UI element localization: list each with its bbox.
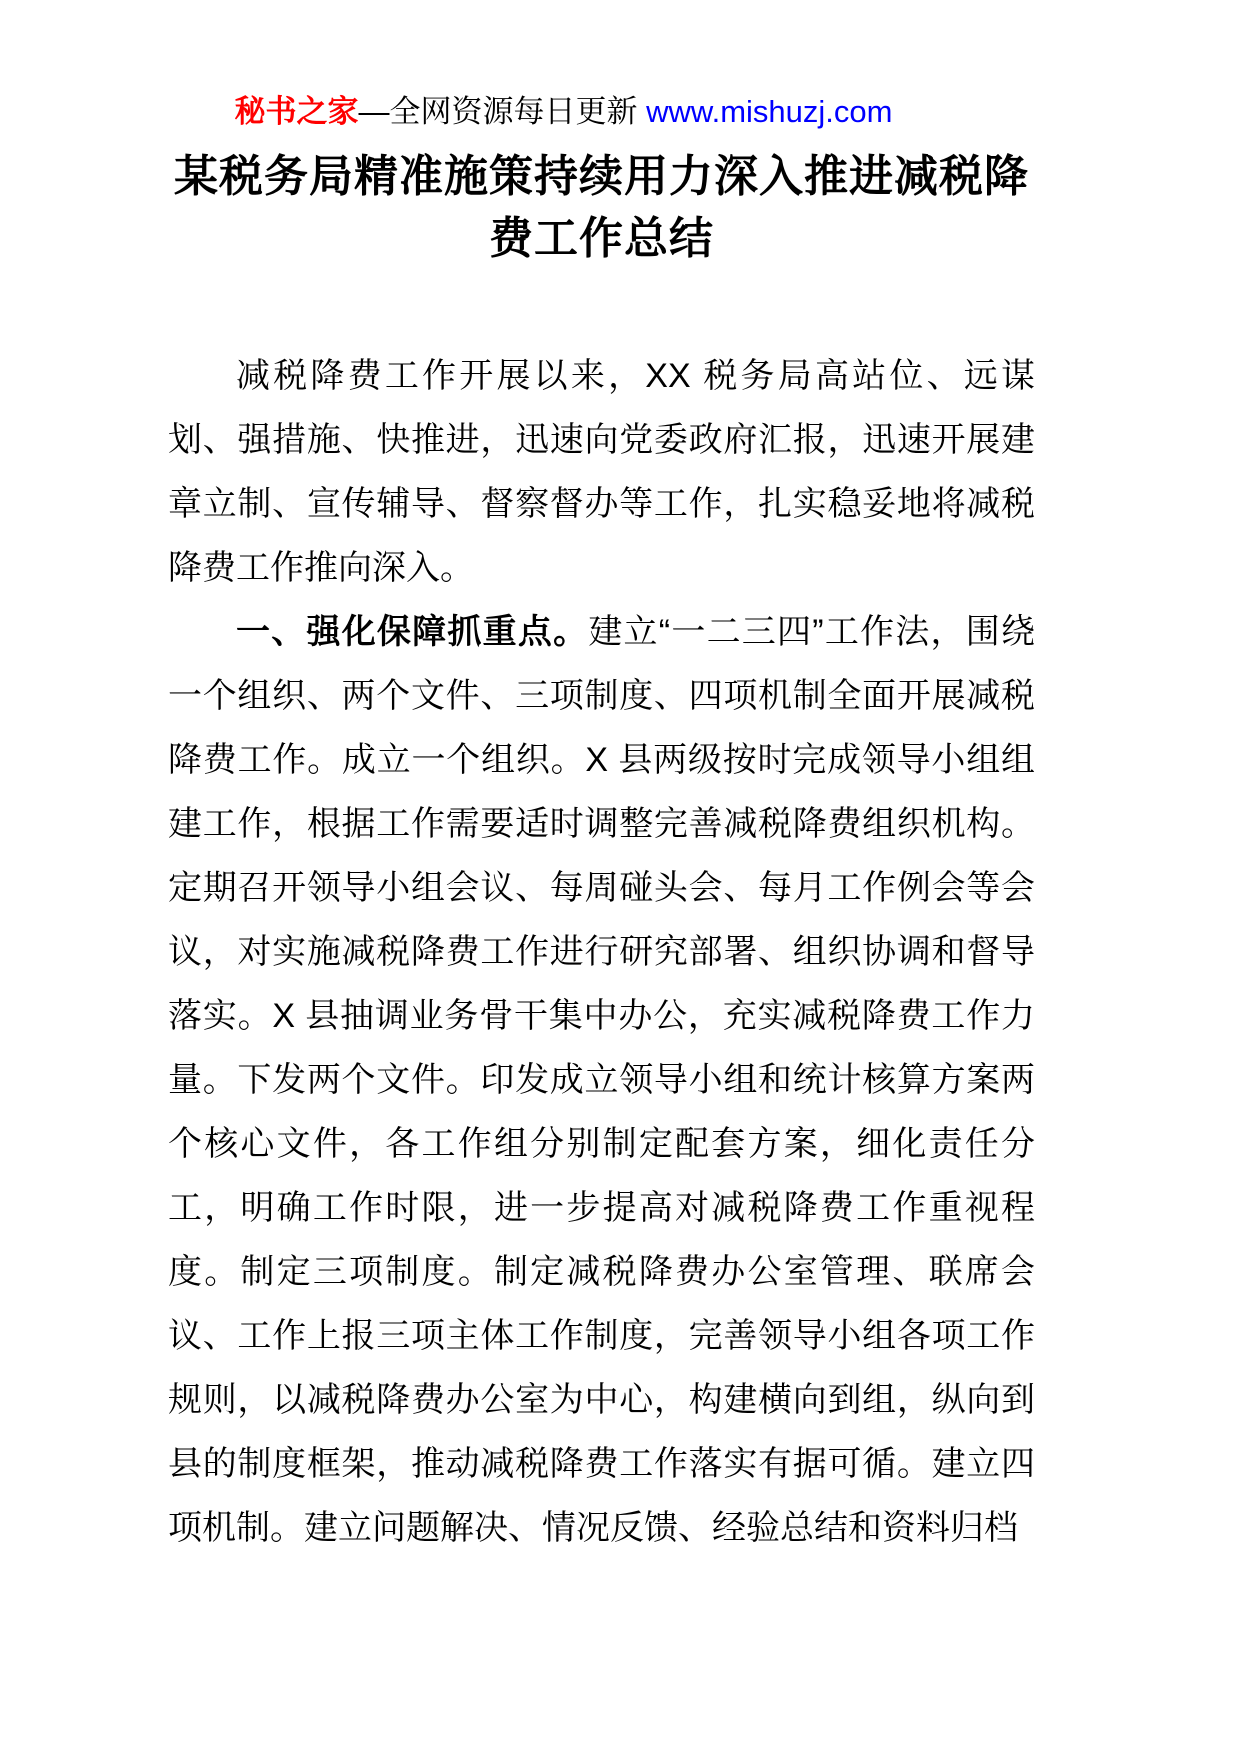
document-body: 减税降费工作开展以来，XX 税务局高站位、远谋划、强措施、快推进，迅速向党委政府… bbox=[168, 344, 1035, 1560]
section-one-heading: 一、强化保障抓重点。 bbox=[236, 613, 588, 651]
paragraph-intro: 减税降费工作开展以来，XX 税务局高站位、远谋划、强措施、快推进，迅速向党委政府… bbox=[168, 344, 1035, 600]
header-tagline: —全网资源每日更新 bbox=[359, 94, 647, 129]
paragraph-section-one: 一、强化保障抓重点。建立“一二三四”工作法，围绕一个组织、两个文件、三项制度、四… bbox=[168, 600, 1035, 1560]
site-url-link[interactable]: www.mishuzj.com bbox=[646, 94, 892, 129]
watermark-header: 秘书之家—全网资源每日更新 www.mishuzj.com bbox=[130, 92, 997, 132]
paragraph-intro-text: 减税降费工作开展以来，XX 税务局高站位、远谋划、强措施、快推进，迅速向党委政府… bbox=[168, 357, 1035, 587]
document-page: 秘书之家—全网资源每日更新 www.mishuzj.com 某税务局精准施策持续… bbox=[0, 0, 1240, 1754]
document-title: 某税务局精准施策持续用力深入推进减税降费工作总结 bbox=[168, 146, 1035, 270]
section-one-text: 建立“一二三四”工作法，围绕一个组织、两个文件、三项制度、四项机制全面开展减税降… bbox=[168, 613, 1035, 1547]
site-name: 秘书之家 bbox=[235, 94, 359, 129]
